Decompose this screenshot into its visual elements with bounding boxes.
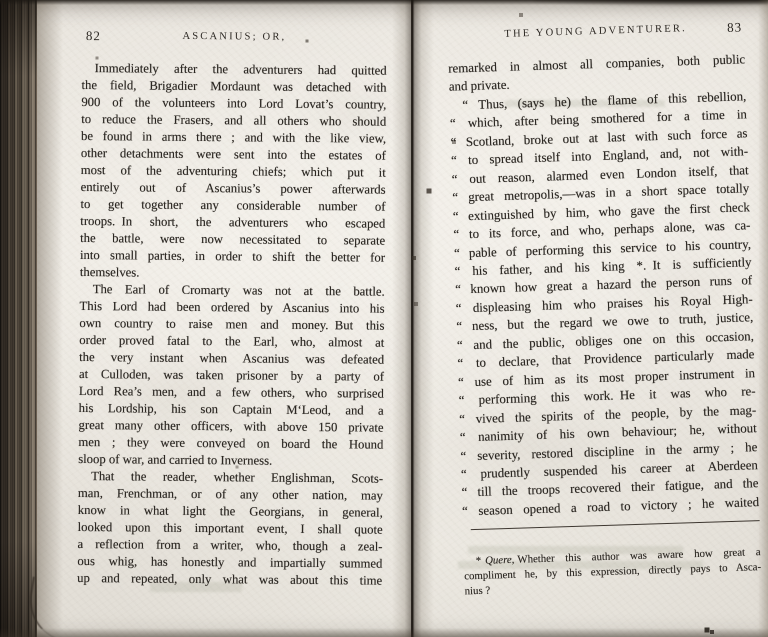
center-gutter-line — [411, 0, 413, 637]
left-running-header: ASCANIUS; OR, — [82, 30, 387, 44]
book-spine-edge — [0, 0, 37, 637]
bottom-page-edge — [0, 628, 768, 637]
left-page: 82 ASCANIUS; OR, Immediately after the a… — [77, 30, 387, 590]
left-page-body: Immediately after the adventurers had qu… — [77, 60, 387, 590]
right-page-number: 83 — [727, 19, 742, 35]
paper-specks — [0, 0, 2, 2]
center-gutter-shadow — [392, 0, 434, 637]
right-page-body: remarked in almost all companies, both p… — [448, 50, 759, 520]
left-page-header: 82 ASCANIUS; OR, — [82, 30, 387, 49]
footnote-separator — [471, 520, 760, 530]
right-page: THE YOUNG ADVENTURER. 83 remarked in alm… — [447, 21, 762, 599]
footnote-quere-word: Quere, — [485, 554, 515, 567]
text-line: up and repeated, only what was about thi… — [77, 570, 382, 590]
footnote-asterisk: * — [476, 555, 482, 567]
top-right-edge-shadow — [535, 0, 768, 9]
footnote: *Quere,Whether this author was aware how… — [464, 545, 762, 599]
book-scan: 82 ASCANIUS; OR, Immediately after the a… — [0, 0, 768, 637]
left-page-edge-shadow — [37, 0, 63, 637]
